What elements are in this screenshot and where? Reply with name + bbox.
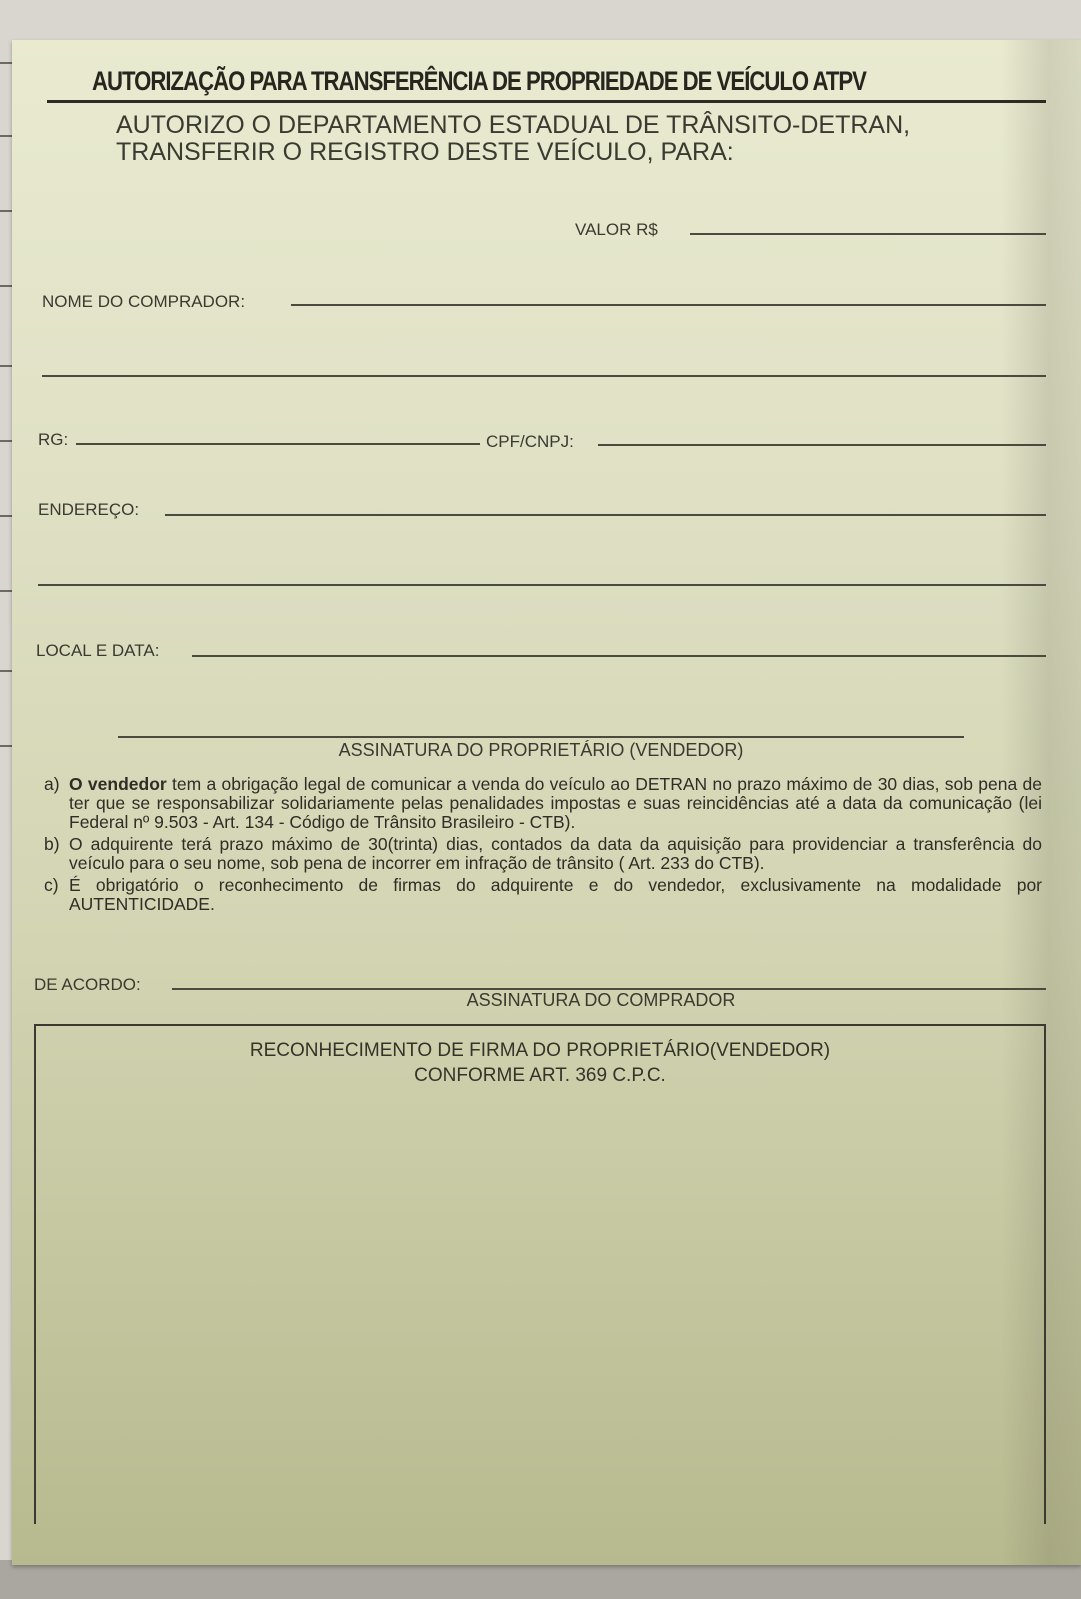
rg-label: RG: <box>38 430 68 450</box>
note-b: b) O adquirente terá prazo máximo de 30(… <box>44 835 1042 873</box>
notary-box-title: RECONHECIMENTO DE FIRMA DO PROPRIETÁRIO(… <box>36 1039 1044 1063</box>
title-divider <box>47 100 1046 103</box>
comprador-signature-caption: ASSINATURA DO COMPRADOR <box>172 990 1030 1011</box>
authorization-statement: AUTORIZO O DEPARTAMENTO ESTADUAL DE TRÂN… <box>116 112 910 166</box>
nome-comprador-continuation-field[interactable] <box>42 375 1046 377</box>
authorization-line-1: AUTORIZO O DEPARTAMENTO ESTADUAL DE TRÂN… <box>116 112 910 139</box>
cpf-cnpj-field[interactable] <box>598 444 1046 446</box>
nome-comprador-label: NOME DO COMPRADOR: <box>42 292 245 312</box>
vendedor-signature-caption: ASSINATURA DO PROPRIETÁRIO (VENDEDOR) <box>118 740 964 761</box>
note-text: O vendedor tem a obrigação legal de comu… <box>69 775 1042 832</box>
local-data-label: LOCAL E DATA: <box>36 641 159 661</box>
authorization-line-2: TRANSFERIR O REGISTRO DESTE VEÍCULO, PAR… <box>116 139 910 166</box>
note-key: b) <box>44 835 69 873</box>
endereco-continuation-field[interactable] <box>38 584 1046 586</box>
note-a: a) O vendedor tem a obrigação legal de c… <box>44 775 1042 832</box>
endereco-label: ENDEREÇO: <box>38 500 139 520</box>
local-data-field[interactable] <box>192 655 1046 657</box>
nome-comprador-field[interactable] <box>291 304 1046 306</box>
background-surface <box>0 1560 1081 1599</box>
valor-field[interactable] <box>690 233 1046 235</box>
note-c: c) É obrigatório o reconhecimento de fir… <box>44 876 1042 914</box>
legal-notes: a) O vendedor tem a obrigação legal de c… <box>44 775 1042 917</box>
note-text: É obrigatório o reconhecimento de firmas… <box>69 876 1042 914</box>
valor-label: VALOR R$ <box>575 220 658 240</box>
endereco-field[interactable] <box>165 514 1046 516</box>
note-text: O adquirente terá prazo máximo de 30(tri… <box>69 835 1042 873</box>
rg-field[interactable] <box>76 443 480 445</box>
note-key: a) <box>44 775 69 832</box>
notary-recognition-box: RECONHECIMENTO DE FIRMA DO PROPRIETÁRIO(… <box>34 1024 1046 1524</box>
note-key: c) <box>44 876 69 914</box>
vendedor-signature-line[interactable] <box>118 736 964 738</box>
cpf-cnpj-label: CPF/CNPJ: <box>486 432 574 452</box>
document-title: AUTORIZAÇÃO PARA TRANSFERÊNCIA DE PROPRI… <box>92 66 866 97</box>
notary-box-subtitle: CONFORME ART. 369 C.P.C. <box>36 1064 1044 1088</box>
de-acordo-label: DE ACORDO: <box>34 975 141 995</box>
